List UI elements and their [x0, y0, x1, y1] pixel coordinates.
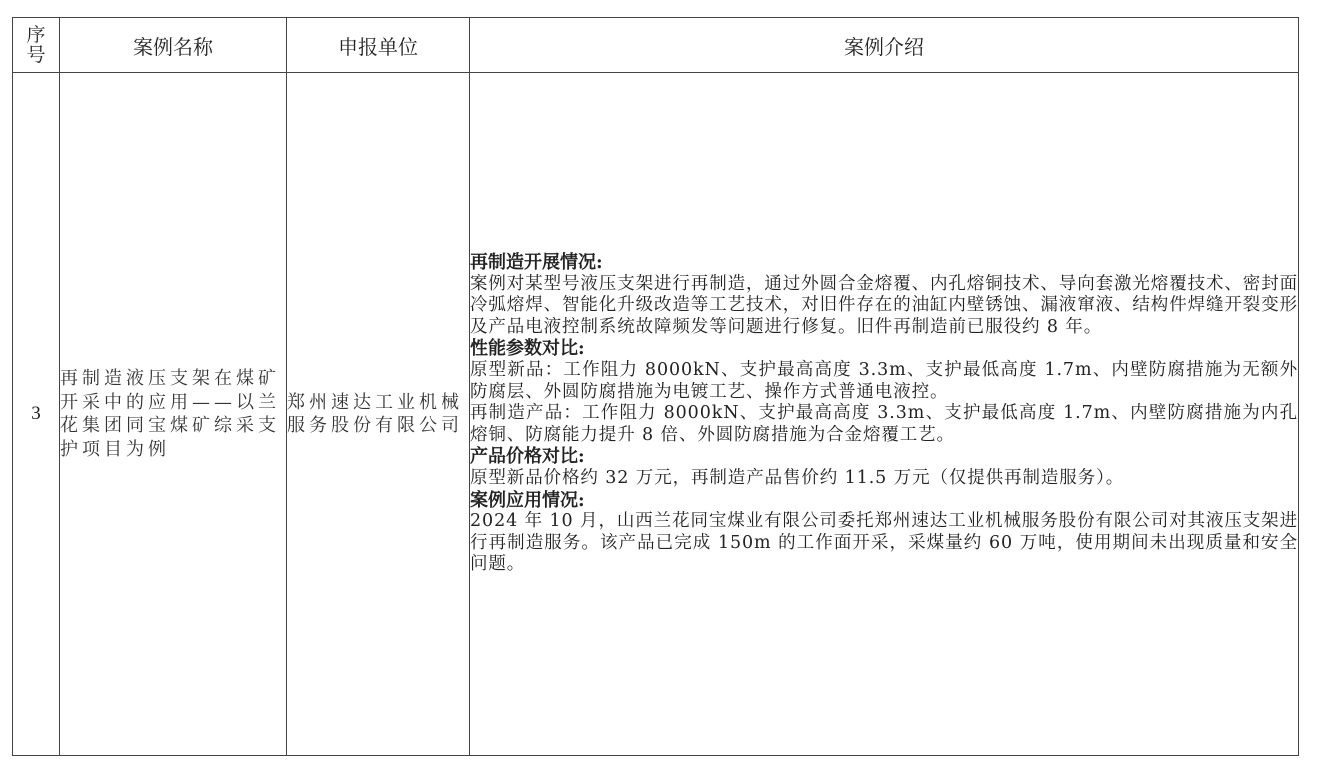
- section-paragraph: 再制造产品：工作阻力 8000kN、支护最高高度 3.3m、支护最低高度 1.7…: [470, 403, 1298, 446]
- header-seq: 序号: [13, 18, 60, 73]
- section-title: 再制造开展情况:: [470, 252, 1298, 274]
- section-paragraph: 原型新品价格约 32 万元，再制造产品售价约 11.5 万元（仅提供再制造服务）…: [470, 468, 1298, 490]
- section-title: 产品价格对比:: [470, 446, 1298, 468]
- cell-seq: 3: [13, 73, 60, 756]
- section-title: 性能参数对比:: [470, 338, 1298, 360]
- section-price-comparison: 产品价格对比: 原型新品价格约 32 万元，再制造产品售价约 11.5 万元（仅…: [470, 446, 1298, 489]
- section-paragraph: 原型新品：工作阻力 8000kN、支护最高高度 3.3m、支护最低高度 1.7m…: [470, 360, 1298, 403]
- section-paragraph: 2024 年 10 月，山西兰花同宝煤业有限公司委托郑州速达工业机械服务股份有限…: [470, 511, 1298, 576]
- cell-introduction: 再制造开展情况: 案例对某型号液压支架进行再制造，通过外圆合金熔覆、内孔熔铜技术…: [470, 73, 1299, 756]
- section-paragraph: 案例对某型号液压支架进行再制造，通过外圆合金熔覆、内孔熔铜技术、导向套激光熔覆技…: [470, 274, 1298, 339]
- header-introduction: 案例介绍: [470, 18, 1299, 73]
- section-application: 案例应用情况: 2024 年 10 月，山西兰花同宝煤业有限公司委托郑州速达工业…: [470, 490, 1298, 576]
- section-performance-comparison: 性能参数对比: 原型新品：工作阻力 8000kN、支护最高高度 3.3m、支护最…: [470, 338, 1298, 446]
- cell-applicant: 郑州速达工业机械服务股份有限公司: [287, 73, 470, 756]
- header-case-name: 案例名称: [60, 18, 287, 73]
- header-applicant: 申报单位: [287, 18, 470, 73]
- case-table: 序号 案例名称 申报单位 案例介绍 3 再制造液压支架在煤矿开采中的应用——以兰…: [12, 17, 1299, 756]
- table-row: 3 再制造液压支架在煤矿开采中的应用——以兰花集团同宝煤矿综采支护项目为例 郑州…: [13, 73, 1299, 756]
- cell-case-name: 再制造液压支架在煤矿开采中的应用——以兰花集团同宝煤矿综采支护项目为例: [60, 73, 287, 756]
- header-row: 序号 案例名称 申报单位 案例介绍: [13, 18, 1299, 73]
- section-title: 案例应用情况:: [470, 490, 1298, 512]
- section-remanufacture-status: 再制造开展情况: 案例对某型号液压支架进行再制造，通过外圆合金熔覆、内孔熔铜技术…: [470, 252, 1298, 338]
